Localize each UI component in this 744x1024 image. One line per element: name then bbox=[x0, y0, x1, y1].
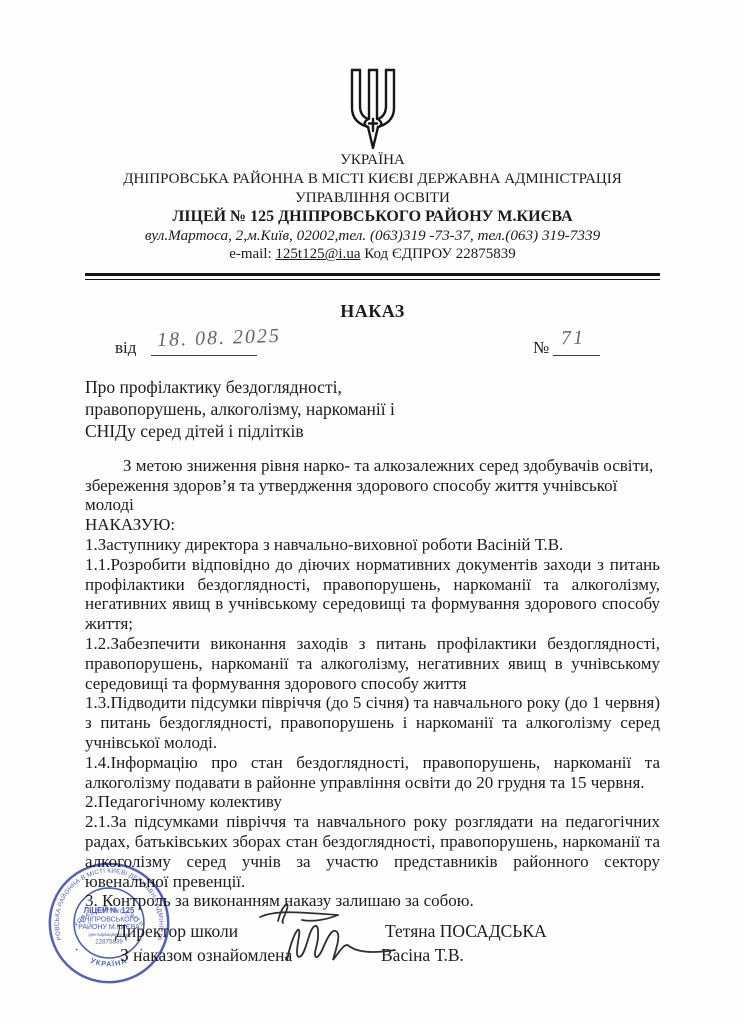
school-address: вул.Мартоса, 2,м.Київ, 02002,тел. (063)3… bbox=[85, 226, 660, 245]
handwritten-number: 71 bbox=[561, 326, 586, 350]
stamp-center-line2: ДНІПРОВСЬКОГО bbox=[80, 916, 139, 923]
paragraph-item-3: 3. Контроль за виконанням наказу залишаю… bbox=[85, 891, 660, 911]
paragraph-item-1: 1.Заступнику директора з навчально-вихов… bbox=[85, 535, 660, 555]
stamp-center-line1: ЛІЦЕЙ № 125 bbox=[84, 906, 135, 915]
paragraph-item-2-1: 2.1.За підсумками півріччя та навчальног… bbox=[85, 812, 660, 891]
ukraine-trident-emblem-icon bbox=[342, 67, 404, 151]
svg-text:•: • bbox=[73, 947, 80, 954]
order-title: НАКАЗ bbox=[85, 300, 660, 322]
order-body: З метою зниження рівня нарко- та алкозал… bbox=[85, 456, 660, 911]
paragraph-item-2: 2.Педагогічному колективу bbox=[85, 792, 660, 812]
paragraph-item-1-1: 1.1.Розробити відповідно до діючих норма… bbox=[85, 555, 660, 634]
scanned-order-document: УКРАЇНА ДНІПРОВСЬКА РАЙОННА В МІСТІ КИЄВ… bbox=[0, 0, 744, 1024]
paragraph-item-1-2: 1.2.Забезпечити виконання заходів з пита… bbox=[85, 634, 660, 693]
subject-line: СНІДу серед дітей і підлітків bbox=[85, 420, 660, 442]
date-number-row: від 18. 08. 2025 № 71 bbox=[85, 332, 660, 360]
number-label: № bbox=[533, 338, 549, 358]
handwritten-date: 18. 08. 2025 bbox=[157, 325, 282, 352]
stamp-separator-right: • bbox=[138, 946, 145, 953]
paragraph-item-1-3: 1.3.Підводити підсумки півріччя (до 5 сі… bbox=[85, 693, 660, 752]
subject-line: правопорушень, алкоголізму, наркоманії і bbox=[85, 398, 660, 420]
director-name: Тетяна ПОСАДСЬКА bbox=[385, 921, 547, 942]
edrpou-code: Код ЄДПРОУ 22875839 bbox=[360, 246, 515, 262]
acknowledged-signature-icon bbox=[283, 918, 401, 966]
document-content: УКРАЇНА ДНІПРОВСЬКА РАЙОННА В МІСТІ КИЄВ… bbox=[85, 0, 660, 969]
paragraph-order-word: НАКАЗУЮ: bbox=[85, 515, 660, 535]
date-label: від bbox=[115, 338, 136, 358]
administration-name: ДНІПРОВСЬКА РАЙОННА В МІСТІ КИЄВІ ДЕРЖАВ… bbox=[85, 170, 660, 189]
school-name: ЛІЦЕЙ № 125 ДНІПРОВСЬКОГО РАЙОНУ М.КИЄВА bbox=[85, 207, 660, 226]
stamp-center-line3: РАЙОНУ М.КИЄВА bbox=[78, 922, 140, 931]
official-round-stamp: ДНІПРОВСЬКА РАЙОННА В МІСТІ КИЄВІ ДЕРЖАВ… bbox=[47, 853, 171, 993]
stamp-separator-left: • bbox=[73, 947, 80, 954]
email-label: e-mail: bbox=[229, 246, 275, 262]
paragraph-item-1-4: 1.4.Інформацію про стан бездоглядності, … bbox=[85, 753, 660, 793]
stamp-center-line5: 22875839 bbox=[95, 938, 123, 945]
order-subject: Про профілактику бездоглядності, правопо… bbox=[85, 376, 660, 442]
email-link[interactable]: 125t125@i.ua bbox=[275, 246, 360, 262]
department-name: УПРАВЛІННЯ ОСВІТИ bbox=[85, 189, 660, 208]
paragraph-preamble: З метою зниження рівня нарко- та алкозал… bbox=[85, 456, 660, 515]
stamp-center-line4: ідентифікаційний код bbox=[89, 932, 131, 937]
contact-line: e-mail: 125t125@i.ua Код ЄДПРОУ 22875839 bbox=[85, 245, 660, 264]
subject-line: Про профілактику бездоглядності, bbox=[85, 376, 660, 398]
svg-text:•: • bbox=[138, 946, 145, 953]
letterhead: УКРАЇНА ДНІПРОВСЬКА РАЙОННА В МІСТІ КИЄВ… bbox=[85, 151, 660, 264]
country-name: УКРАЇНА bbox=[85, 151, 660, 170]
letterhead-divider bbox=[85, 273, 660, 280]
